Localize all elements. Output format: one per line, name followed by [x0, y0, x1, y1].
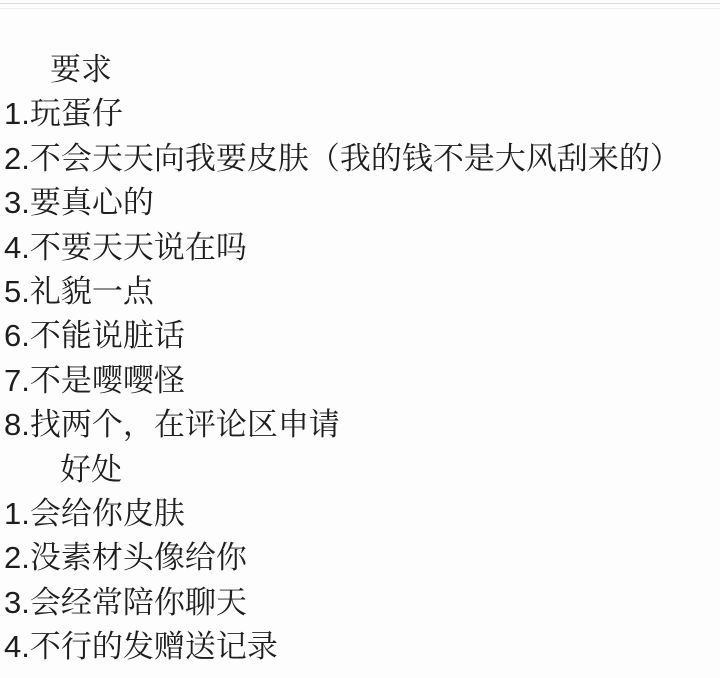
benefit-item-1: 1.会给你皮肤 — [4, 492, 720, 536]
requirement-item-1: 1.玩蛋仔 — [4, 92, 720, 136]
top-divider-line-faint — [0, 8, 720, 9]
benefit-item-4: 4.不行的发赠送记录 — [4, 625, 720, 669]
requirement-item-2: 2.不会天天向我要皮肤（我的钱不是大风刮来的） — [4, 137, 720, 181]
requirement-item-4: 4.不要天天说在吗 — [4, 226, 720, 270]
section-heading-requirements: 要求 — [4, 48, 720, 92]
requirement-item-7: 7.不是嘤嘤怪 — [4, 359, 720, 403]
benefit-item-2: 2.没素材头像给你 — [4, 536, 720, 580]
benefit-item-3: 3.会经常陪你聊天 — [4, 581, 720, 625]
requirement-item-3: 3.要真心的 — [4, 181, 720, 225]
top-divider-line — [0, 3, 720, 4]
section-heading-benefits: 好处 — [4, 448, 720, 492]
note-text-block: 要求 1.玩蛋仔 2.不会天天向我要皮肤（我的钱不是大风刮来的） 3.要真心的 … — [4, 48, 720, 669]
requirement-item-5: 5.礼貌一点 — [4, 270, 720, 314]
requirement-item-8: 8.找两个，在评论区申请 — [4, 403, 720, 447]
requirement-item-6: 6.不能说脏话 — [4, 314, 720, 358]
